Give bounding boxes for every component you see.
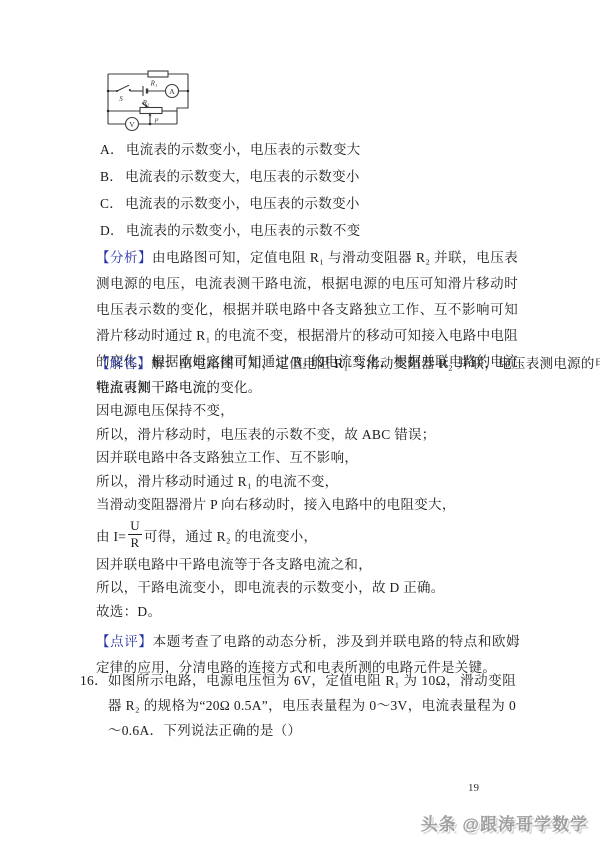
option-b: B．电流表的示数变大，电压表的示数变小 [100,163,520,190]
question-16-text: 如图所示电路，电源电压恒为 6V，定值电阻 R₁ 为 10Ω，滑动变阻器 R₂ … [108,668,516,743]
analysis-tag: 【分析】 [96,250,152,265]
solution-line: 因并联电路中干路电流等于各支路电流之和， [96,553,518,577]
option-a-label: A． [100,142,124,157]
solution-block: 【解答】解：由电路图可知，定值电阻 R₁ 与滑动变阻器 R₂ 并联，电压表测电源… [96,352,518,623]
rheostat-r2-label: R₂ [142,99,150,107]
option-c-label: C． [100,196,123,211]
option-b-text: 电流表的示数变大，电压表的示数变小 [125,169,360,184]
fraction-denominator: R [131,535,140,550]
resistor-r1-icon [148,71,168,77]
option-d-label: D． [100,223,124,238]
switch-label: S [119,95,123,103]
option-d-text: 电流表的示数变小，电压表的示数不变 [126,223,361,238]
question-16-number: 16． [80,668,108,743]
solution-answer-line: 故选：D。 [96,600,518,624]
solution-line: 电流表测干路电流， [96,376,518,400]
resistor-r1-label: R₁ [150,80,158,88]
option-b-label: B． [100,169,123,184]
circuit-diagram: R₁ R₂ S P A V [100,60,200,138]
option-d: D．电流表的示数变小，电压表的示数不变 [100,217,520,244]
solution-intro: 解：由电路图可知，定值电阻 R₁ 与滑动变阻器 R₂ 并联，电压表测电源的电压， [151,356,600,371]
formula-prefix: 由 I= [96,525,126,545]
formula-suffix: 可得，通过 R₂ 的电流变小， [144,525,317,545]
solution-line: 因并联电路中各支路独立工作、互不影响， [96,446,518,470]
solution-tag: 【解答】 [96,356,151,371]
fraction: UR [128,519,142,549]
document-page: R₁ R₂ S P A V A．电流表的示数变小，电压表的示数变大 B．电流表的… [0,0,600,848]
solution-line: 所以，干路电流变小，即电流表的示数变小，故 D 正确。 [96,576,518,600]
ohms-law-formula: 由 I= UR 可得，通过 R₂ 的电流变小， [96,517,518,553]
solution-line: 当滑动变阻器滑片 P 向右移动时，接入电路中的电阻变大， [96,493,518,517]
option-c-text: 电流表的示数变小，电压表的示数变小 [125,196,360,211]
option-c: C．电流表的示数变小，电压表的示数变小 [100,190,520,217]
voltmeter-label: V [129,120,135,129]
solution-line: 所以，滑片移动时通过 R₁ 的电流不变， [96,470,518,494]
option-a: A．电流表的示数变小，电压表的示数变大 [100,136,520,163]
solution-line: 因电源电压保持不变， [96,399,518,423]
solution-intro-line: 【解答】解：由电路图可知，定值电阻 R₁ 与滑动变阻器 R₂ 并联，电压表测电源… [96,352,518,376]
fraction-numerator: U [128,519,142,535]
solution-line: 所以，滑片移动时，电压表的示数不变，故 ABC 错误； [96,423,518,447]
question-16: 16． 如图所示电路，电源电压恒为 6V，定值电阻 R₁ 为 10Ω，滑动变阻器… [80,668,516,743]
page-number: 19 [468,782,479,794]
watermark: 头条 @跟涛哥学数学 [421,810,588,835]
rheostat-r2-icon [140,108,162,114]
battery-icon [143,86,147,96]
comment-tag: 【点评】 [96,634,153,649]
ammeter-label: A [169,87,175,96]
option-a-text: 电流表的示数变小，电压表的示数变大 [126,142,361,157]
switch-icon [117,85,129,91]
answer-options: A．电流表的示数变小，电压表的示数变大 B．电流表的示数变大，电压表的示数变小 … [100,136,520,244]
slider-label: P [154,118,159,125]
